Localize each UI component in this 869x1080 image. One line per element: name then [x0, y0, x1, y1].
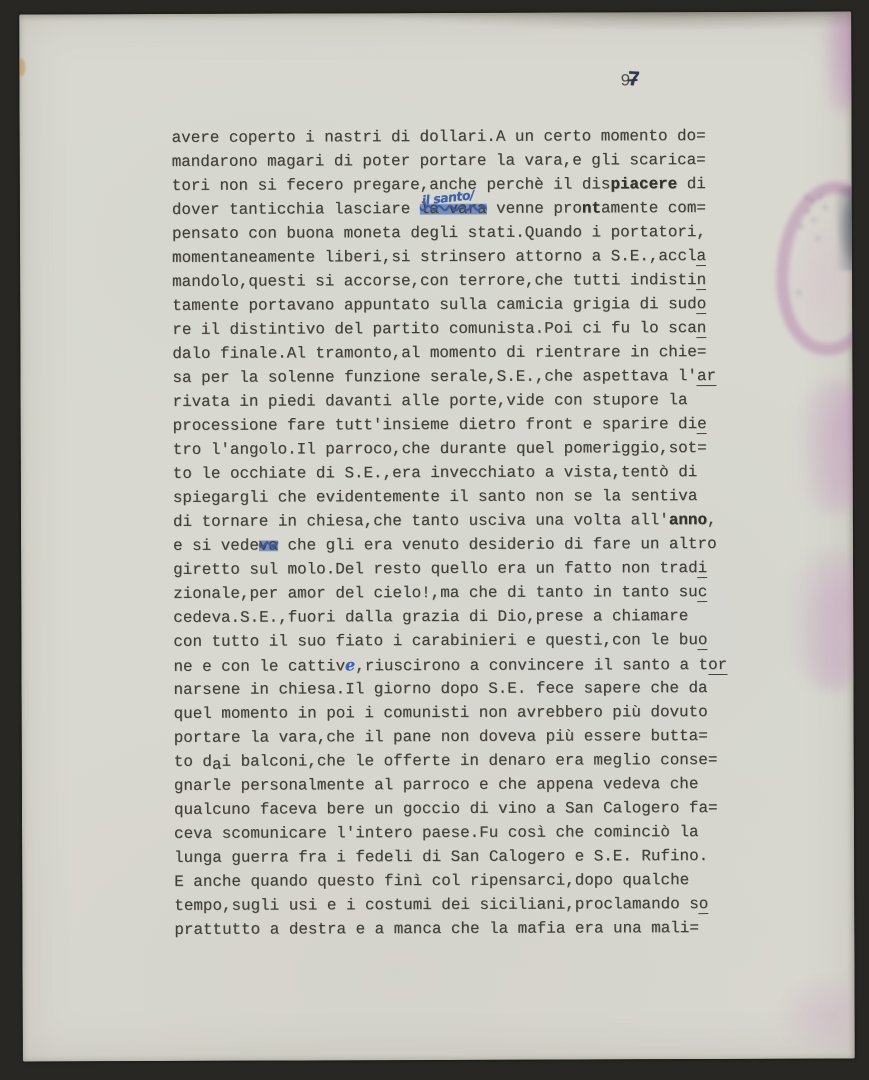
typed-text: lunga guerra fra i fedeli di San Caloger… — [174, 847, 708, 867]
typescript-line: tro l'angolo.Il parroco,che durante quel… — [173, 436, 727, 462]
typescript-line: processione fare tutt'insieme dietro fro… — [173, 412, 727, 438]
typed-text: gnarle personalmente al parroco e che ap… — [174, 775, 699, 795]
typescript-line: E anche quando questo finì col ripensarc… — [174, 868, 728, 894]
typescript-line: prattutto a destra e a manca che la mafi… — [174, 916, 728, 942]
underlined-text: e — [697, 415, 707, 434]
typed-text: di tornare in chiesa,che tanto usciva un… — [173, 511, 669, 531]
typed-text: piacere — [610, 175, 677, 193]
typed-text: mandarono magari di poter portare la var… — [172, 151, 706, 171]
underlined-text: n — [697, 271, 707, 290]
typescript-line: mandolo,questi si accorse,con terrore,ch… — [172, 268, 726, 294]
typed-text: prattutto a destra e a manca che la mafi… — [174, 919, 699, 939]
typescript-line: rivata in piedi davanti alle porte,vide … — [172, 388, 726, 414]
underlined-text: o — [699, 895, 709, 914]
typescript-line: tamente portavano appuntato sulla camici… — [172, 292, 726, 318]
typed-text: portare la vara,che il pane non doveva p… — [174, 727, 708, 747]
typed-text: rivata in piedi davanti alle porte,vide … — [172, 391, 687, 411]
typescript-line: re il distintivo del partito comunista.P… — [172, 316, 726, 342]
typed-text: cedeva.S.E.,fuori dalla grazia di Dio,pr… — [173, 607, 688, 627]
struck-out-text: va — [259, 537, 278, 555]
typed-text: tro l'angolo.Il parroco,che durante quel… — [173, 439, 707, 459]
typed-text: qualcuno faceva bere un goccio di vino a… — [174, 799, 718, 819]
underlined-text: o — [698, 631, 708, 650]
typescript-line: di tornare in chiesa,che tanto usciva un… — [173, 508, 727, 534]
underlined-text: i — [698, 559, 708, 578]
typed-text: nt — [582, 199, 601, 217]
typescript-line: pensato con buona moneta degli stati.Qua… — [172, 220, 726, 246]
typescript-line: ne e con le cattive,riuscirono a convinc… — [173, 652, 727, 678]
typescript-line: avere coperto i nastri di dollari.A un c… — [172, 124, 726, 150]
typed-text: ne e con le cattiv — [173, 657, 345, 676]
typed-text: to le occhiate di S.E.,era invecchiato a… — [173, 463, 698, 483]
scan-background: 97 avere coperto i nastri di dollari.A u… — [0, 0, 869, 1080]
typed-text: sa per la solenne funzione serale,S.E.,c… — [172, 367, 697, 387]
typescript-line: con tutto il suo fiato i carabinieri e q… — [173, 628, 727, 654]
typed-text: tori non si fecero pregare,anche perchè … — [172, 175, 611, 195]
typed-text: tempo,sugli usi e i costumi dei sicilian… — [174, 895, 699, 915]
foxing-spot — [19, 58, 25, 76]
typescript-line: cedeva.S.E.,fuori dalla grazia di Dio,pr… — [173, 604, 727, 630]
underlined-text: n — [697, 319, 707, 338]
typed-text: giretto sul molo.Del resto quello era un… — [173, 559, 698, 579]
typed-text: E anche quando questo finì col ripensarc… — [174, 871, 689, 891]
underlined-text: a — [696, 247, 706, 266]
typescript-line: narsene in chiesa.Il giorno dopo S.E. fe… — [173, 676, 727, 702]
struck-out-text: la varail santo/ — [420, 200, 487, 218]
typescript-line: mandarono magari di poter portare la var… — [172, 148, 726, 174]
pink-stain-middle — [783, 549, 855, 689]
typed-text: zionale,per amor del cielo!,ma che di ta… — [173, 583, 698, 603]
typescript-line: portare la vara,che il pane non doveva p… — [174, 724, 728, 750]
pink-stain-bottom — [771, 969, 855, 1061]
typed-text: e si vede — [173, 537, 259, 555]
typed-text: a — [212, 756, 222, 774]
typed-text: amente com= — [601, 199, 706, 217]
typescript-line: zionale,per amor del cielo!,ma che di ta… — [173, 580, 727, 606]
typed-text: venne pro — [487, 199, 582, 217]
typescript-line: sa per la solenne funzione serale,S.E.,c… — [172, 364, 726, 390]
typescript-line: e si vedeva che gli era venuto desiderio… — [173, 532, 727, 558]
typescript-page: 97 avere coperto i nastri di dollari.A u… — [19, 12, 855, 1062]
typed-text: che gli era venuto desiderio di fare un … — [278, 535, 717, 555]
typescript-line: momentaneamente liberi,si strinsero atto… — [172, 244, 726, 270]
typed-text: momentaneamente liberi,si strinsero atto… — [172, 247, 697, 267]
typed-text: con tutto il suo fiato i carabinieri e q… — [173, 631, 698, 651]
typed-text: avere coperto i nastri di dollari.A un c… — [172, 127, 706, 147]
typed-text: spiegargli che evidentemente il santo no… — [173, 487, 698, 507]
typescript-line: quel momento in poi i comunisti non avre… — [174, 700, 728, 726]
typed-text: i balconi,che le offerte in denaro era m… — [221, 751, 717, 771]
typescript-line: giretto sul molo.Del resto quello era un… — [173, 556, 727, 582]
typed-text: di — [677, 175, 706, 193]
typescript-line: spiegargli che evidentemente il santo no… — [173, 484, 727, 510]
typed-text: re il distintivo del partito comunista.P… — [172, 319, 697, 339]
handwritten-correction: il santo/ — [421, 183, 476, 213]
typed-text: mandolo,questi si accorse,con terrore,ch… — [172, 271, 697, 291]
typescript-line: dover tanticchia lasciare la varail sant… — [172, 196, 726, 222]
typed-text: ceva scomunicare l'intero paese.Fu così … — [174, 823, 699, 843]
typescript-line: to dai balconi,che le offerte in denaro … — [174, 748, 728, 774]
typescript-line: dalo finale.Al tramonto,al momento di ri… — [172, 340, 726, 366]
typed-text: dover tanticchia lasciare — [172, 200, 420, 219]
typed-text: narsene in chiesa.Il giorno dopo S.E. fe… — [174, 679, 708, 699]
typed-text: pensato con buona moneta degli stati.Qua… — [172, 223, 706, 243]
typed-text: processione fare tutt'insieme dietro fro… — [173, 415, 698, 435]
page-number-inked-digit: 7 — [627, 69, 642, 93]
pink-stain-top-right — [819, 12, 855, 114]
typed-text: dalo finale.Al tramonto,al momento di ri… — [172, 343, 706, 363]
typescript-line: lunga guerra fra i fedeli di San Caloger… — [174, 844, 728, 870]
stamp-ring-stain — [767, 176, 855, 362]
typescript-line: ceva scomunicare l'intero paese.Fu così … — [174, 820, 728, 846]
typescript-line: tempo,sugli usi e i costumi dei sicilian… — [174, 892, 728, 918]
typed-text: ,riuscirono a convincere il santo a t — [355, 656, 708, 675]
typescript-line: to le occhiate di S.E.,era invecchiato a… — [173, 460, 727, 486]
underlined-text: ar — [697, 367, 716, 386]
blue-ink-character: e — [345, 655, 355, 674]
underlined-text: or — [708, 656, 727, 675]
typed-text: anno — [669, 511, 707, 529]
typescript-line: gnarle personalmente al parroco e che ap… — [174, 772, 728, 798]
typed-text: , — [707, 511, 717, 529]
typed-text-block: avere coperto i nastri di dollari.A un c… — [172, 124, 729, 942]
dark-ink-smudge — [832, 187, 855, 271]
typed-text: quel momento in poi i comunisti non avre… — [174, 703, 708, 723]
typescript-line: qualcuno faceva bere un goccio di vino a… — [174, 796, 728, 822]
pink-stain-upper — [790, 379, 854, 513]
typed-text: to d — [174, 753, 212, 771]
page-number: 97 — [620, 69, 641, 92]
underlined-text: o — [697, 295, 707, 314]
underlined-text: c — [698, 583, 708, 602]
typed-text: tamente portavano appuntato sulla camici… — [172, 295, 697, 315]
